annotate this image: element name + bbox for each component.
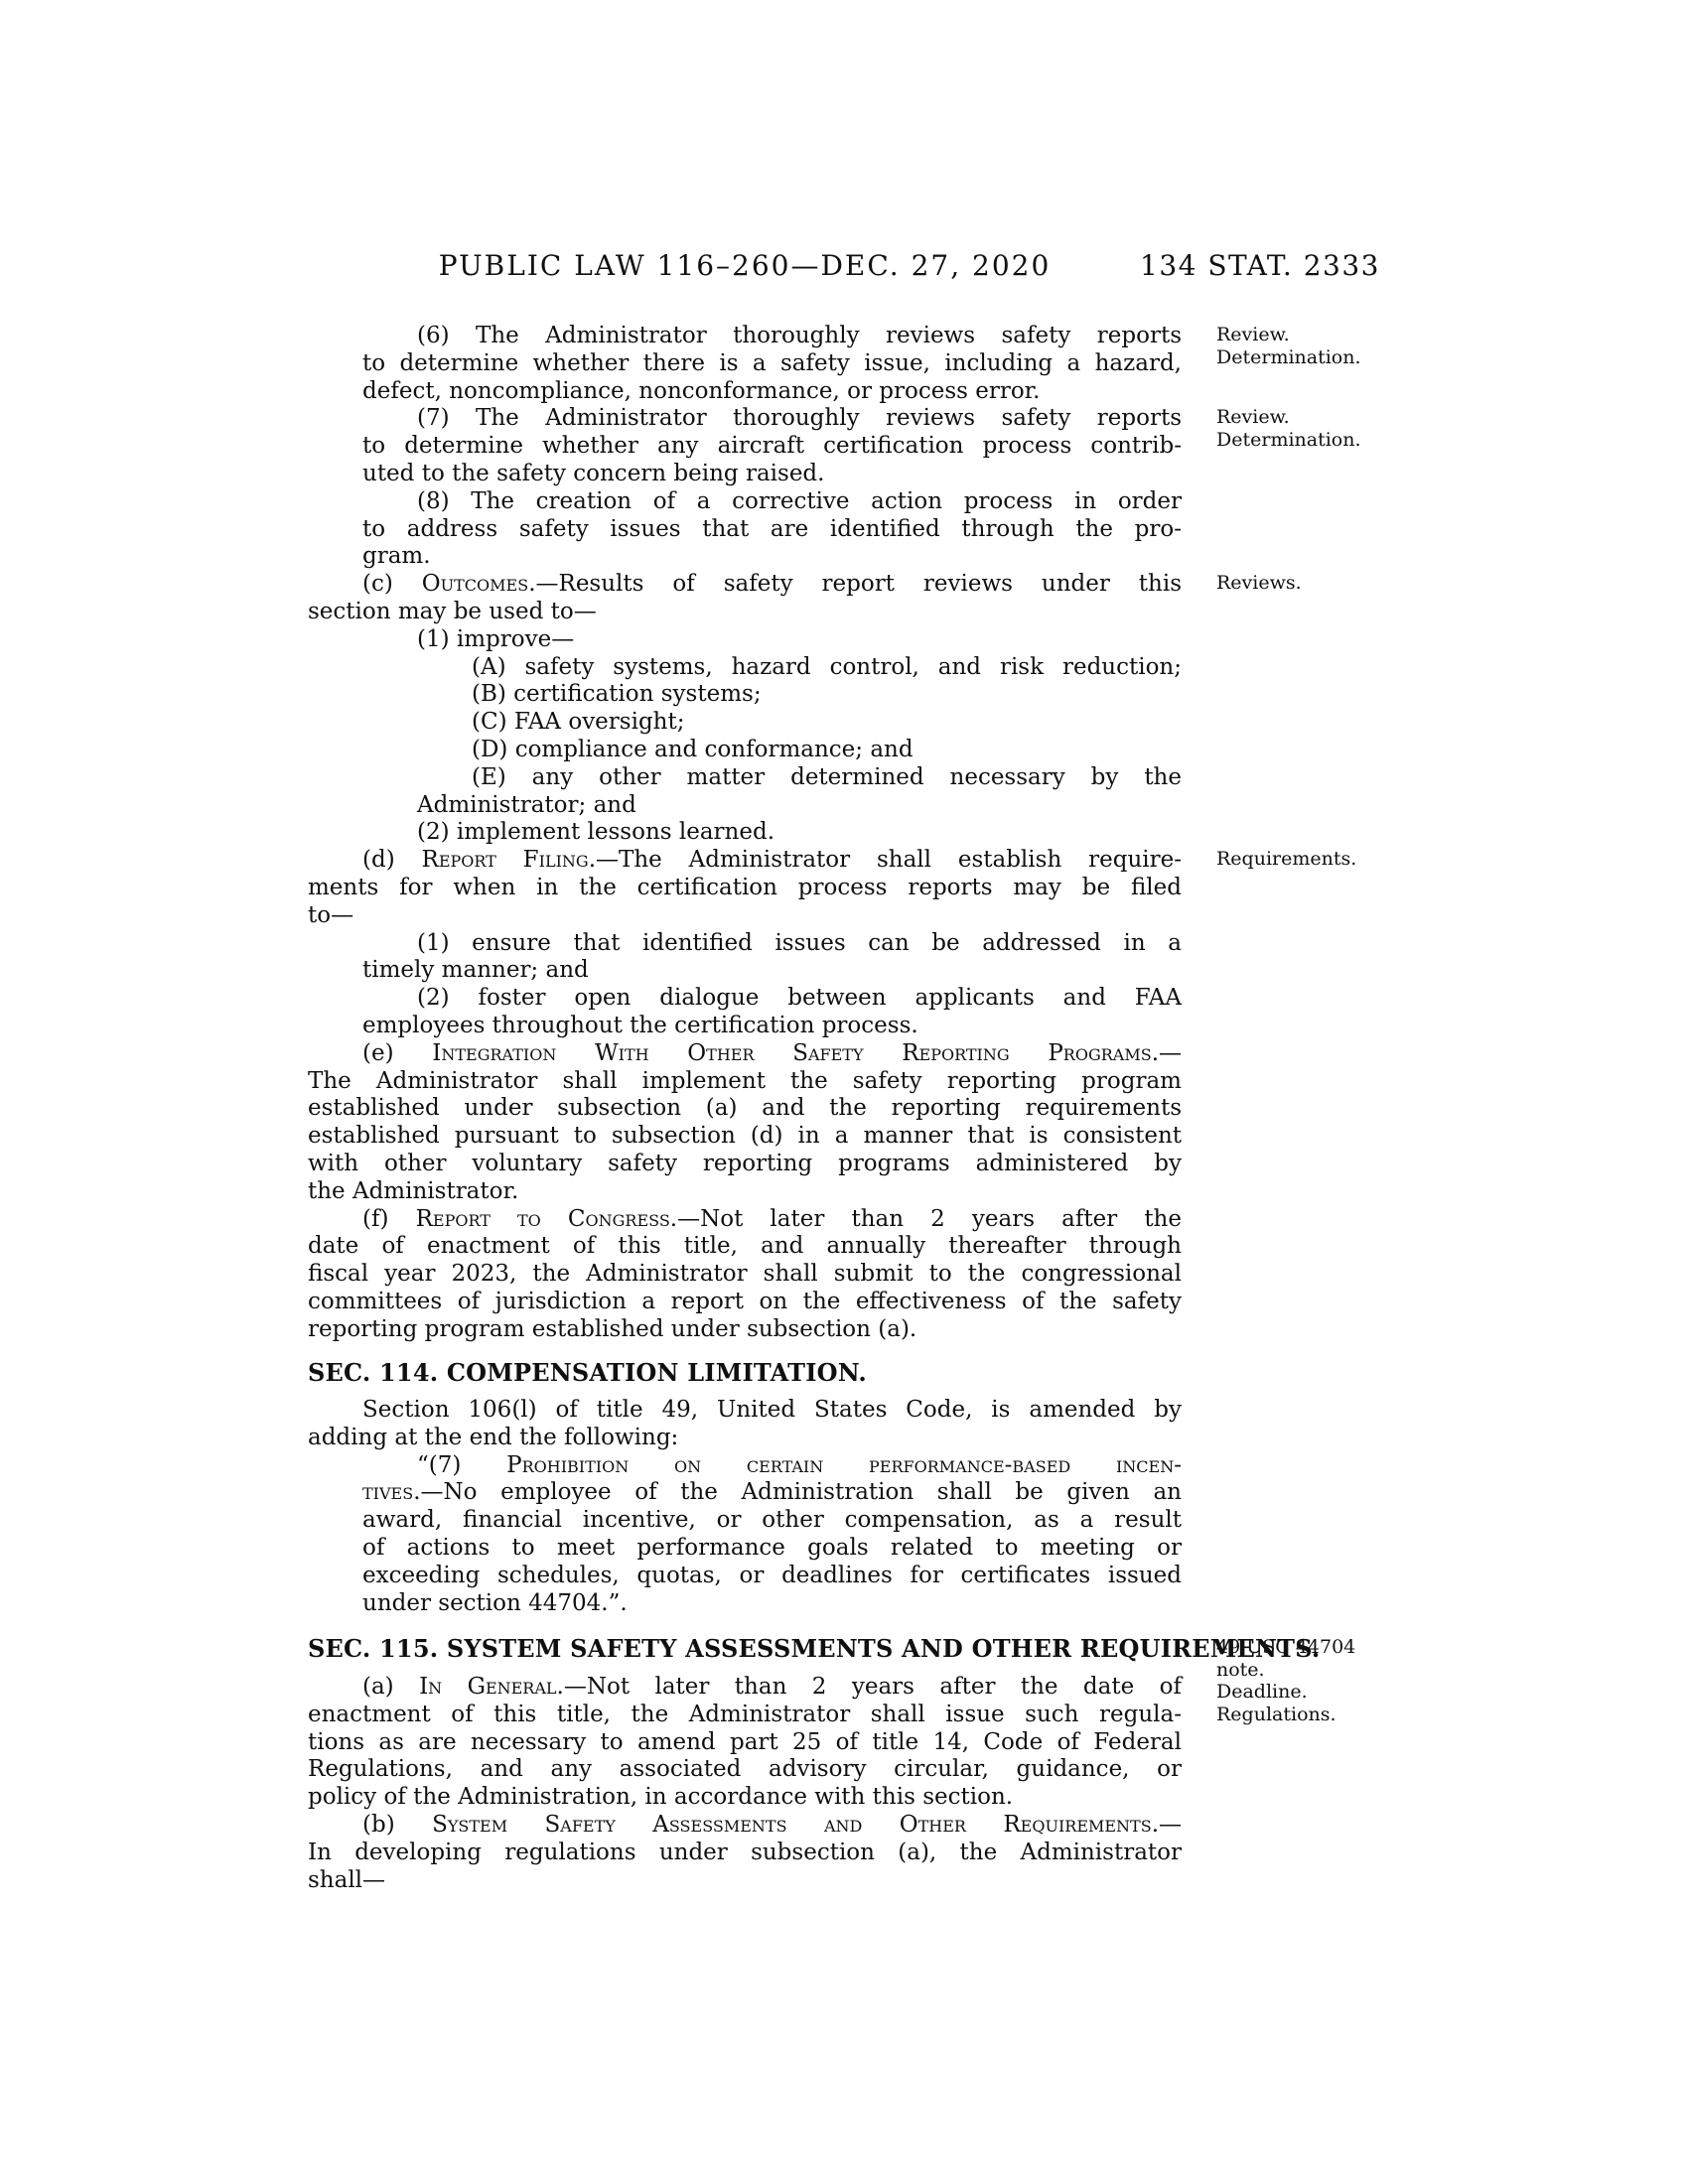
statute-text-line: under section 44704.”. (362, 1590, 1182, 1618)
statute-text-line: (b) System Safety Assessments and Other … (362, 1812, 1182, 1840)
text-run: “(7) (417, 1452, 506, 1478)
statute-text-line: Section 106(l) of title 49, United State… (362, 1397, 1182, 1425)
statute-text-line: tives.—No employee of the Administration… (362, 1479, 1182, 1507)
text-run: of actions to meet performance goals rel… (362, 1535, 1182, 1561)
text-run: defect, noncompliance, nonconformance, o… (362, 378, 1040, 404)
statute-text-line: to— (308, 902, 1182, 930)
statute-text-line: tions as are necessary to amend part 25 … (308, 1729, 1182, 1757)
statute-text-line: (D) compliance and conformance; and (472, 737, 1182, 764)
statute-text-line: “(7) Prohibition on certain performance-… (417, 1452, 1182, 1480)
statute-text-line: (6) The Administrator thoroughly reviews… (417, 323, 1182, 350)
small-caps-run: Report Filing (422, 847, 589, 873)
section-heading: SEC. 114. COMPENSATION LIMITATION. (308, 1359, 1182, 1387)
text-run: ments for when in the certification proc… (308, 875, 1182, 900)
text-run: .— (1152, 1040, 1182, 1066)
statute-text-line: exceeding schedules, quotas, or deadline… (362, 1563, 1182, 1590)
text-run: policy of the Administration, in accorda… (308, 1784, 1013, 1810)
text-run: adding at the end the following: (308, 1425, 678, 1450)
text-run: (D) compliance and conformance; and (472, 737, 914, 762)
statute-text-line: with other voluntary safety reporting pr… (308, 1151, 1182, 1178)
statute-text-line: established pursuant to subsection (d) i… (308, 1123, 1182, 1151)
statute-text-line: (1) improve— (417, 626, 1182, 654)
margin-note-line: Determination. (1216, 346, 1405, 369)
text-run: committees of jurisdiction a report on t… (308, 1289, 1182, 1314)
statute-text-line: (7) The Administrator thoroughly reviews… (417, 405, 1182, 433)
small-caps-run: System Safety Assessments and Other Requ… (432, 1812, 1152, 1838)
text-run: award, financial incentive, or other com… (362, 1507, 1182, 1533)
text-run: .—No employee of the Administration shal… (413, 1479, 1182, 1505)
text-run: (2) implement lessons learned. (417, 819, 774, 845)
text-run: SEC. 114. COMPENSATION LIMITATION. (308, 1358, 867, 1387)
text-run: SEC. 115. SYSTEM SAFETY ASSESSMENTS AND … (308, 1634, 1320, 1663)
running-head-page-number: 134 STAT. 2333 (1092, 250, 1380, 282)
text-run: section may be used to— (308, 599, 597, 624)
small-caps-run: Outcomes (422, 571, 528, 597)
statute-text-line: (d) Report Filing.—The Administrator sha… (362, 847, 1182, 875)
statute-text-line: award, financial incentive, or other com… (362, 1507, 1182, 1535)
text-run: with other voluntary safety reporting pr… (308, 1151, 1182, 1176)
text-run: (6) The Administrator thoroughly reviews… (417, 323, 1182, 348)
margin-note-line: Determination. (1216, 429, 1405, 452)
text-run: (d) (362, 847, 422, 873)
statute-text-line: the Administrator. (308, 1178, 1182, 1206)
text-run: .—Not later than 2 years after the date … (557, 1674, 1182, 1700)
text-run: enactment of this title, the Administrat… (308, 1702, 1182, 1727)
small-caps-run: Integration With Other Safety Reporting … (432, 1040, 1151, 1066)
text-run: the Administrator. (308, 1178, 518, 1204)
text-run: shall— (308, 1867, 385, 1893)
text-run: reporting program established under subs… (308, 1316, 916, 1342)
margin-note: 49 USC 44704note.Deadline.Regulations. (1216, 1636, 1405, 1725)
text-run: timely manner; and (362, 957, 589, 983)
statute-text-line: ments for when in the certification proc… (308, 875, 1182, 902)
text-run: (C) FAA oversight; (472, 709, 684, 735)
statute-text-line: uted to the safety concern being raised. (362, 461, 1182, 488)
statute-text-line: (B) certification systems; (472, 681, 1182, 709)
statute-text-line: (c) Outcomes.—Results of safety report r… (362, 571, 1182, 599)
text-run: (7) The Administrator thoroughly reviews… (417, 405, 1182, 431)
text-run: (2) foster open dialogue between applica… (417, 985, 1182, 1011)
statute-text-line: committees of jurisdiction a report on t… (308, 1289, 1182, 1316)
margin-note-line: Deadline. (1216, 1681, 1405, 1704)
text-run: to— (308, 902, 353, 928)
text-run: .—The Administrator shall establish requ… (589, 847, 1182, 873)
text-run: (8) The creation of a corrective action … (417, 488, 1182, 514)
margin-note: Reviews. (1216, 572, 1405, 595)
statute-text-line: of actions to meet performance goals rel… (362, 1535, 1182, 1563)
text-run: (B) certification systems; (472, 681, 762, 707)
statute-text-line: (A) safety systems, hazard control, and … (472, 654, 1182, 682)
statute-text-line: timely manner; and (362, 957, 1182, 985)
text-run: (1) improve— (417, 626, 574, 652)
text-run: (a) (362, 1674, 419, 1700)
statute-text-line: The Administrator shall implement the sa… (308, 1068, 1182, 1096)
statute-text-line: to determine whether there is a safety i… (362, 350, 1182, 378)
margin-note-line: 49 USC 44704 (1216, 1636, 1405, 1659)
text-run: (e) (362, 1040, 432, 1066)
text-run: established pursuant to subsection (d) i… (308, 1123, 1182, 1149)
statute-text-line: (e) Integration With Other Safety Report… (362, 1040, 1182, 1068)
statute-page: PUBLIC LAW 116–260—DEC. 27, 2020 134 STA… (0, 0, 1688, 2184)
text-run: (c) (362, 571, 422, 597)
statute-text-line: (C) FAA oversight; (472, 709, 1182, 737)
statute-text-line: (a) In General.—Not later than 2 years a… (362, 1674, 1182, 1702)
text-run: date of enactment of this title, and ann… (308, 1233, 1182, 1259)
statute-text-line: date of enactment of this title, and ann… (308, 1233, 1182, 1261)
small-caps-run: Report to Congress (416, 1206, 670, 1232)
text-run: Section 106(l) of title 49, United State… (362, 1397, 1182, 1423)
text-run: The Administrator shall implement the sa… (308, 1068, 1182, 1094)
margin-note: Review.Determination. (1216, 406, 1405, 451)
statute-text-line: defect, noncompliance, nonconformance, o… (362, 378, 1182, 406)
text-run: uted to the safety concern being raised. (362, 461, 824, 486)
margin-note-line: Requirements. (1216, 848, 1405, 871)
statute-text-line: employees throughout the certification p… (362, 1013, 1182, 1040)
small-caps-run: In General (419, 1674, 556, 1700)
statute-text-line: fiscal year 2023, the Administrator shal… (308, 1261, 1182, 1289)
statute-text-line: Regulations, and any associated advisory… (308, 1756, 1182, 1784)
statute-text-line: gram. (362, 543, 1182, 571)
text-run: (b) (362, 1812, 432, 1838)
section-heading: SEC. 115. SYSTEM SAFETY ASSESSMENTS AND … (308, 1635, 1182, 1663)
text-run: established under subsection (a) and the… (308, 1095, 1182, 1121)
statute-text-line: reporting program established under subs… (308, 1316, 1182, 1344)
text-run: .— (1152, 1812, 1182, 1838)
text-run: (A) safety systems, hazard control, and … (472, 654, 1182, 680)
text-run: exceeding schedules, quotas, or deadline… (362, 1563, 1182, 1588)
text-run: (f) (362, 1206, 416, 1232)
margin-note: Review.Determination. (1216, 324, 1405, 368)
statute-text-line: (E) any other matter determined necessar… (472, 764, 1182, 792)
text-run: gram. (362, 543, 431, 569)
statute-text-line: (f) Report to Congress.—Not later than 2… (362, 1206, 1182, 1234)
statute-text-line: (2) implement lessons learned. (417, 819, 1182, 847)
statute-text-line: adding at the end the following: (308, 1425, 1182, 1452)
small-caps-run: Prohibition on certain performance-based… (506, 1452, 1182, 1478)
text-run: employees throughout the certification p… (362, 1013, 918, 1038)
text-run: to determine whether there is a safety i… (362, 350, 1182, 376)
text-run: to address safety issues that are identi… (362, 516, 1182, 542)
statute-text-line: enactment of this title, the Administrat… (308, 1702, 1182, 1729)
text-run: fiscal year 2023, the Administrator shal… (308, 1261, 1182, 1287)
small-caps-run: tives (362, 1479, 413, 1505)
margin-note: Requirements. (1216, 848, 1405, 871)
statute-text-line: to address safety issues that are identi… (362, 516, 1182, 544)
margin-note-line: Reviews. (1216, 572, 1405, 595)
text-run: tions as are necessary to amend part 25 … (308, 1729, 1182, 1755)
text-run: to determine whether any aircraft certif… (362, 433, 1182, 459)
statute-text-line: (8) The creation of a corrective action … (417, 488, 1182, 516)
text-run: Regulations, and any associated advisory… (308, 1756, 1182, 1782)
text-run: .—Results of safety report reviews under… (528, 571, 1182, 597)
margin-note-line: Review. (1216, 324, 1405, 346)
statute-text-line: section may be used to— (308, 599, 1182, 626)
statute-text-line: (2) foster open dialogue between applica… (417, 985, 1182, 1013)
text-run: under section 44704.”. (362, 1590, 628, 1616)
margin-note-line: Review. (1216, 406, 1405, 429)
margin-note-line: Regulations. (1216, 1704, 1405, 1726)
text-run: .—Not later than 2 years after the (670, 1206, 1182, 1232)
statute-text-line: policy of the Administration, in accorda… (308, 1784, 1182, 1812)
margin-note-line: note. (1216, 1659, 1405, 1682)
running-head-title: PUBLIC LAW 116–260—DEC. 27, 2020 (308, 250, 1182, 282)
text-run: (E) any other matter determined necessar… (472, 764, 1182, 790)
statute-text-line: Administrator; and (417, 792, 1182, 820)
statute-text-line: to determine whether any aircraft certif… (362, 433, 1182, 461)
statute-text-line: (1) ensure that identified issues can be… (417, 930, 1182, 958)
statute-text-line: In developing regulations under subsecti… (308, 1840, 1182, 1867)
text-run: In developing regulations under subsecti… (308, 1840, 1182, 1865)
text-run: (1) ensure that identified issues can be… (417, 930, 1182, 956)
text-run: Administrator; and (417, 792, 636, 818)
statute-text-line: established under subsection (a) and the… (308, 1095, 1182, 1123)
statute-text-line: shall— (308, 1867, 1182, 1895)
